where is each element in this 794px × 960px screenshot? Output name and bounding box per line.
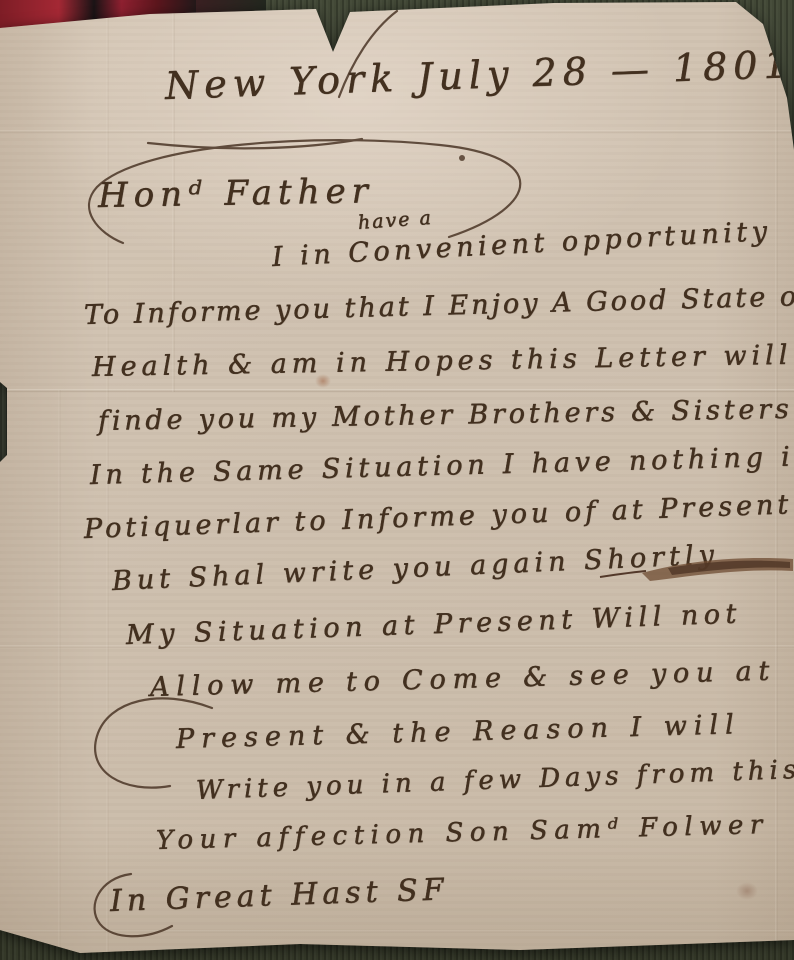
letter-line: Write you in a few Days from this: [195, 755, 794, 806]
closing-line: In Great Hast SF: [109, 872, 449, 919]
ink-dot: [459, 155, 465, 161]
letter-line: Potiquerlar to Informe you of at Present: [83, 489, 792, 545]
paper-stain: [736, 882, 758, 900]
salutation-line: Honᵈ Father: [98, 171, 375, 216]
letter-line: But Shal write you again Shortly: [111, 540, 719, 597]
signature-line: Your affection Son Samᵈ Folwer: [156, 810, 769, 856]
fold-crease-vertical: [58, 390, 61, 960]
fold-crease-horizontal: [0, 645, 794, 648]
letter-line: I in Convenient opportunity: [271, 216, 772, 273]
letter-line: My Situation at Present Will not: [125, 599, 742, 651]
fold-crease-horizontal: [0, 930, 794, 933]
insertion-line: have a: [357, 207, 433, 234]
paper-sheet: New York July 28 — 1801 Honᵈ Father have…: [0, 0, 794, 960]
letter-photograph: New York July 28 — 1801 Honᵈ Father have…: [0, 0, 794, 960]
letter-line: Health & am in Hopes this Letter will: [92, 340, 793, 383]
letter-line: In the Same Situation I have nothing in: [90, 441, 794, 491]
letter-line: Present & the Reason I will: [176, 709, 742, 755]
fold-crease-horizontal: [0, 389, 794, 392]
fold-crease-horizontal: [0, 130, 794, 133]
fold-crease-vertical: [775, 0, 778, 960]
paper-sheet-wrap: New York July 28 — 1801 Honᵈ Father have…: [0, 0, 794, 960]
letter-line: To Informe you that I Enjoy A Good State…: [84, 281, 794, 331]
pen-flourish-date-underline: [148, 139, 362, 148]
date-line: New York July 28 — 1801: [164, 42, 794, 108]
letter-line: finde you my Mother Brothers & Sisters: [98, 394, 793, 437]
letter-line: Allow me to Come & see you at: [150, 656, 777, 703]
